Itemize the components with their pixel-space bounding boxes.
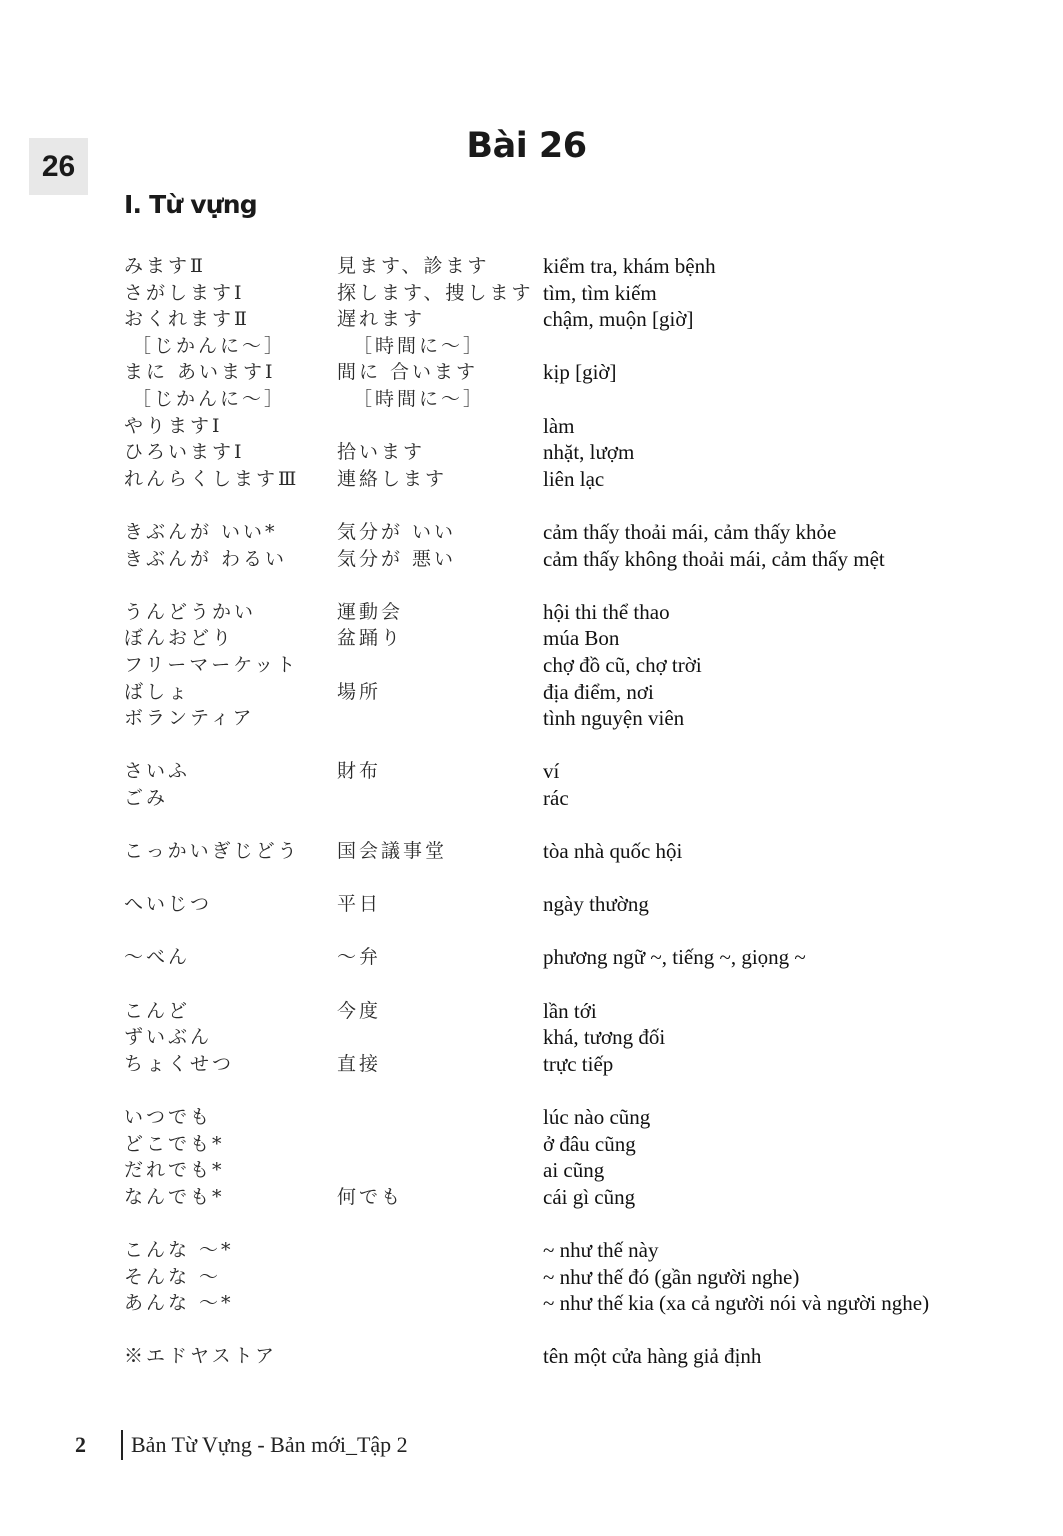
vocab-meaning: lúc nào cũng	[543, 1104, 1004, 1131]
vocab-meaning: địa điểm, nơi	[543, 679, 1004, 706]
vocab-kanji: 盆踊り	[337, 625, 543, 652]
vocab-kana: ボランティア	[124, 705, 337, 732]
vocab-kana: れんらくしますⅢ	[124, 466, 337, 493]
vocab-kana: ひろいますⅠ	[124, 439, 337, 466]
page-footer: 2 Bản Từ Vựng - Bản mới_Tập 2	[75, 1430, 408, 1460]
vocab-meaning: liên lạc	[543, 466, 1004, 493]
vocab-row: みますⅡ見ます、診ますkiểm tra, khám bệnh	[124, 253, 1004, 280]
vocab-kana: どこでも*	[124, 1131, 337, 1158]
lesson-title: Bài 26	[0, 126, 1053, 166]
vocab-kanji: 場所	[337, 679, 543, 706]
vocab-meaning: cái gì cũng	[543, 1184, 1004, 1211]
vocab-row: さがしますⅠ探します、捜しますtìm, tìm kiếm	[124, 280, 1004, 307]
footer-divider	[121, 1430, 123, 1460]
vocab-kana: こんど	[124, 998, 337, 1025]
vocab-meaning: tên một cửa hàng giả định	[543, 1343, 1004, 1370]
vocab-kanji: 遅れます	[337, 306, 543, 333]
vocab-kanji: 見ます、診ます	[337, 253, 543, 280]
vocab-meaning: kịp [giờ]	[543, 359, 1004, 386]
group-spacer	[124, 1317, 1004, 1344]
vocab-kanji: 運動会	[337, 599, 543, 626]
group-spacer	[124, 971, 1004, 998]
vocab-kana: まに あいますⅠ	[124, 359, 337, 386]
vocab-meaning: tòa nhà quốc hội	[543, 838, 1004, 865]
vocab-kana: やりますⅠ	[124, 413, 337, 440]
vocab-kanji	[337, 413, 543, 440]
vocab-row: ※エドヤストアtên một cửa hàng giả định	[124, 1343, 1004, 1370]
vocab-kanji	[337, 1131, 543, 1158]
vocab-meaning: múa Bon	[543, 625, 1004, 652]
vocab-kana: ばしょ	[124, 679, 337, 706]
vocab-row: ごみrác	[124, 785, 1004, 812]
vocab-kana: ごみ	[124, 785, 337, 812]
vocab-meaning: cảm thấy thoải mái, cảm thấy khỏe	[543, 519, 1004, 546]
vocab-kana: ～べん	[124, 944, 337, 971]
vocab-kana: あんな ～*	[124, 1290, 337, 1317]
vocab-row: ひろいますⅠ拾いますnhặt, lượm	[124, 439, 1004, 466]
vocab-meaning: chậm, muộn [giờ]	[543, 306, 1004, 333]
group-spacer	[124, 865, 1004, 892]
vocab-kana: こんな ～*	[124, 1237, 337, 1264]
vocab-kanji	[337, 1290, 543, 1317]
vocab-kana: さがしますⅠ	[124, 280, 337, 307]
group-spacer	[124, 918, 1004, 945]
vocab-row: きぶんが いい*気分が いいcảm thấy thoải mái, cảm th…	[124, 519, 1004, 546]
vocab-row: ［じかんに～］［時間に～］	[124, 333, 1004, 360]
vocab-row: ずいぶんkhá, tương đối	[124, 1024, 1004, 1051]
vocab-kanji	[337, 652, 543, 679]
vocab-row: ボランティアtình nguyện viên	[124, 705, 1004, 732]
vocab-kanji	[337, 1343, 543, 1370]
vocab-meaning: lần tới	[543, 998, 1004, 1025]
vocab-meaning	[559, 386, 1004, 413]
vocab-kanji	[337, 1237, 543, 1264]
vocab-kana: だれでも*	[124, 1157, 337, 1184]
vocab-kana: なんでも*	[124, 1184, 337, 1211]
vocab-kanji: ～弁	[337, 944, 543, 971]
vocab-kanji	[337, 1024, 543, 1051]
vocab-row: こんな ～*~ như thế này	[124, 1237, 1004, 1264]
vocab-row: まに あいますⅠ間に 合いますkịp [giờ]	[124, 359, 1004, 386]
vocab-meaning: chợ đồ cũ, chợ trời	[543, 652, 1004, 679]
vocab-kana: ［じかんに～］	[124, 386, 345, 413]
vocab-meaning: ví	[543, 758, 1004, 785]
vocab-row: なんでも*何でもcái gì cũng	[124, 1184, 1004, 1211]
vocab-row: どこでも*ở đâu cũng	[124, 1131, 1004, 1158]
vocab-row: フリーマーケットchợ đồ cũ, chợ trời	[124, 652, 1004, 679]
vocab-meaning: tìm, tìm kiếm	[543, 280, 1004, 307]
group-spacer	[124, 1210, 1004, 1237]
vocab-kanji	[337, 705, 543, 732]
vocab-kanji: 今度	[337, 998, 543, 1025]
vocab-row: やりますⅠlàm	[124, 413, 1004, 440]
vocab-kanji: 気分が いい	[337, 519, 543, 546]
vocab-kana: さいふ	[124, 758, 337, 785]
vocab-row: いつでもlúc nào cũng	[124, 1104, 1004, 1131]
vocab-kana: いつでも	[124, 1104, 337, 1131]
vocab-row: うんどうかい運動会hội thi thể thao	[124, 599, 1004, 626]
vocab-row: れんらくしますⅢ連絡しますliên lạc	[124, 466, 1004, 493]
vocab-kana: ずいぶん	[124, 1024, 337, 1051]
vocab-row: さいふ財布ví	[124, 758, 1004, 785]
vocab-kana: うんどうかい	[124, 599, 337, 626]
vocab-meaning: làm	[543, 413, 1004, 440]
vocab-meaning	[559, 333, 1004, 360]
vocab-kana: ちょくせつ	[124, 1051, 337, 1078]
vocab-kana: へいじつ	[124, 891, 337, 918]
vocab-meaning: ngày thường	[543, 891, 1004, 918]
section-title: I. Từ vựng	[124, 190, 257, 219]
vocab-meaning: ~ như thế này	[543, 1237, 1004, 1264]
vocab-meaning: ai cũng	[543, 1157, 1004, 1184]
vocab-row: ［じかんに～］［時間に～］	[124, 386, 1004, 413]
vocab-kana: ぼんおどり	[124, 625, 337, 652]
vocab-meaning: nhặt, lượm	[543, 439, 1004, 466]
vocab-meaning: ~ như thế kia (xa cả người nói và người …	[543, 1290, 1004, 1317]
book-title: Bản Từ Vựng - Bản mới_Tập 2	[131, 1432, 408, 1458]
vocab-meaning: phương ngữ ~, tiếng ~, giọng ~	[543, 944, 1004, 971]
vocab-meaning: tình nguyện viên	[543, 705, 1004, 732]
group-spacer	[124, 572, 1004, 599]
vocab-row: へいじつ平日ngày thường	[124, 891, 1004, 918]
vocab-row: だれでも*ai cũng	[124, 1157, 1004, 1184]
vocab-row: ばしょ場所địa điểm, nơi	[124, 679, 1004, 706]
vocab-kanji: 気分が 悪い	[337, 546, 543, 573]
vocab-kanji: 連絡します	[337, 466, 543, 493]
vocab-kanji	[337, 1157, 543, 1184]
vocab-kanji: 財布	[337, 758, 543, 785]
group-spacer	[124, 811, 1004, 838]
vocab-meaning: cảm thấy không thoải mái, cảm thấy mệt	[543, 546, 1004, 573]
vocab-kanji: 直接	[337, 1051, 543, 1078]
vocab-kanji: ［時間に～］	[345, 386, 559, 413]
vocab-kanji: 探します、捜します	[337, 280, 543, 307]
vocab-row: きぶんが わるい気分が 悪いcảm thấy không thoải mái, …	[124, 546, 1004, 573]
vocab-kanji	[337, 1264, 543, 1291]
page-number: 2	[75, 1432, 121, 1458]
vocab-kana: ※エドヤストア	[124, 1343, 337, 1370]
vocab-meaning: trực tiếp	[543, 1051, 1004, 1078]
vocab-kana: きぶんが わるい	[124, 546, 337, 573]
vocab-meaning: rác	[543, 785, 1004, 812]
vocab-kana: フリーマーケット	[124, 652, 337, 679]
vocab-kanji: 平日	[337, 891, 543, 918]
vocab-meaning: khá, tương đối	[543, 1024, 1004, 1051]
group-spacer	[124, 732, 1004, 759]
vocab-meaning: ~ như thế đó (gần người nghe)	[543, 1264, 1004, 1291]
vocab-kana: こっかいぎじどう	[124, 838, 337, 865]
vocab-kana: そんな ～	[124, 1264, 337, 1291]
vocab-row: こんど今度lần tới	[124, 998, 1004, 1025]
vocab-meaning: kiểm tra, khám bệnh	[543, 253, 1004, 280]
vocab-kana: きぶんが いい*	[124, 519, 337, 546]
vocab-row: あんな ～*~ như thế kia (xa cả người nói và …	[124, 1290, 1004, 1317]
group-spacer	[124, 1077, 1004, 1104]
vocab-kana: ［じかんに～］	[124, 333, 345, 360]
vocab-kana: おくれますⅡ	[124, 306, 337, 333]
vocab-kanji	[337, 1104, 543, 1131]
vocab-row: おくれますⅡ遅れますchậm, muộn [giờ]	[124, 306, 1004, 333]
vocab-row: そんな ～~ như thế đó (gần người nghe)	[124, 1264, 1004, 1291]
vocab-kanji: ［時間に～］	[345, 333, 559, 360]
group-spacer	[124, 492, 1004, 519]
vocab-row: ちょくせつ直接trực tiếp	[124, 1051, 1004, 1078]
vocab-kanji: 拾います	[337, 439, 543, 466]
vocab-kanji: 国会議事堂	[337, 838, 543, 865]
vocab-meaning: ở đâu cũng	[543, 1131, 1004, 1158]
vocab-meaning: hội thi thể thao	[543, 599, 1004, 626]
vocabulary-list: みますⅡ見ます、診ますkiểm tra, khám bệnhさがしますⅠ探します…	[124, 253, 1004, 1370]
vocab-row: ～べん～弁phương ngữ ~, tiếng ~, giọng ~	[124, 944, 1004, 971]
vocab-kanji	[337, 785, 543, 812]
vocab-row: こっかいぎじどう国会議事堂tòa nhà quốc hội	[124, 838, 1004, 865]
vocab-kanji: 間に 合います	[337, 359, 543, 386]
vocab-kanji: 何でも	[337, 1184, 543, 1211]
vocab-kana: みますⅡ	[124, 253, 337, 280]
vocab-row: ぼんおどり盆踊りmúa Bon	[124, 625, 1004, 652]
